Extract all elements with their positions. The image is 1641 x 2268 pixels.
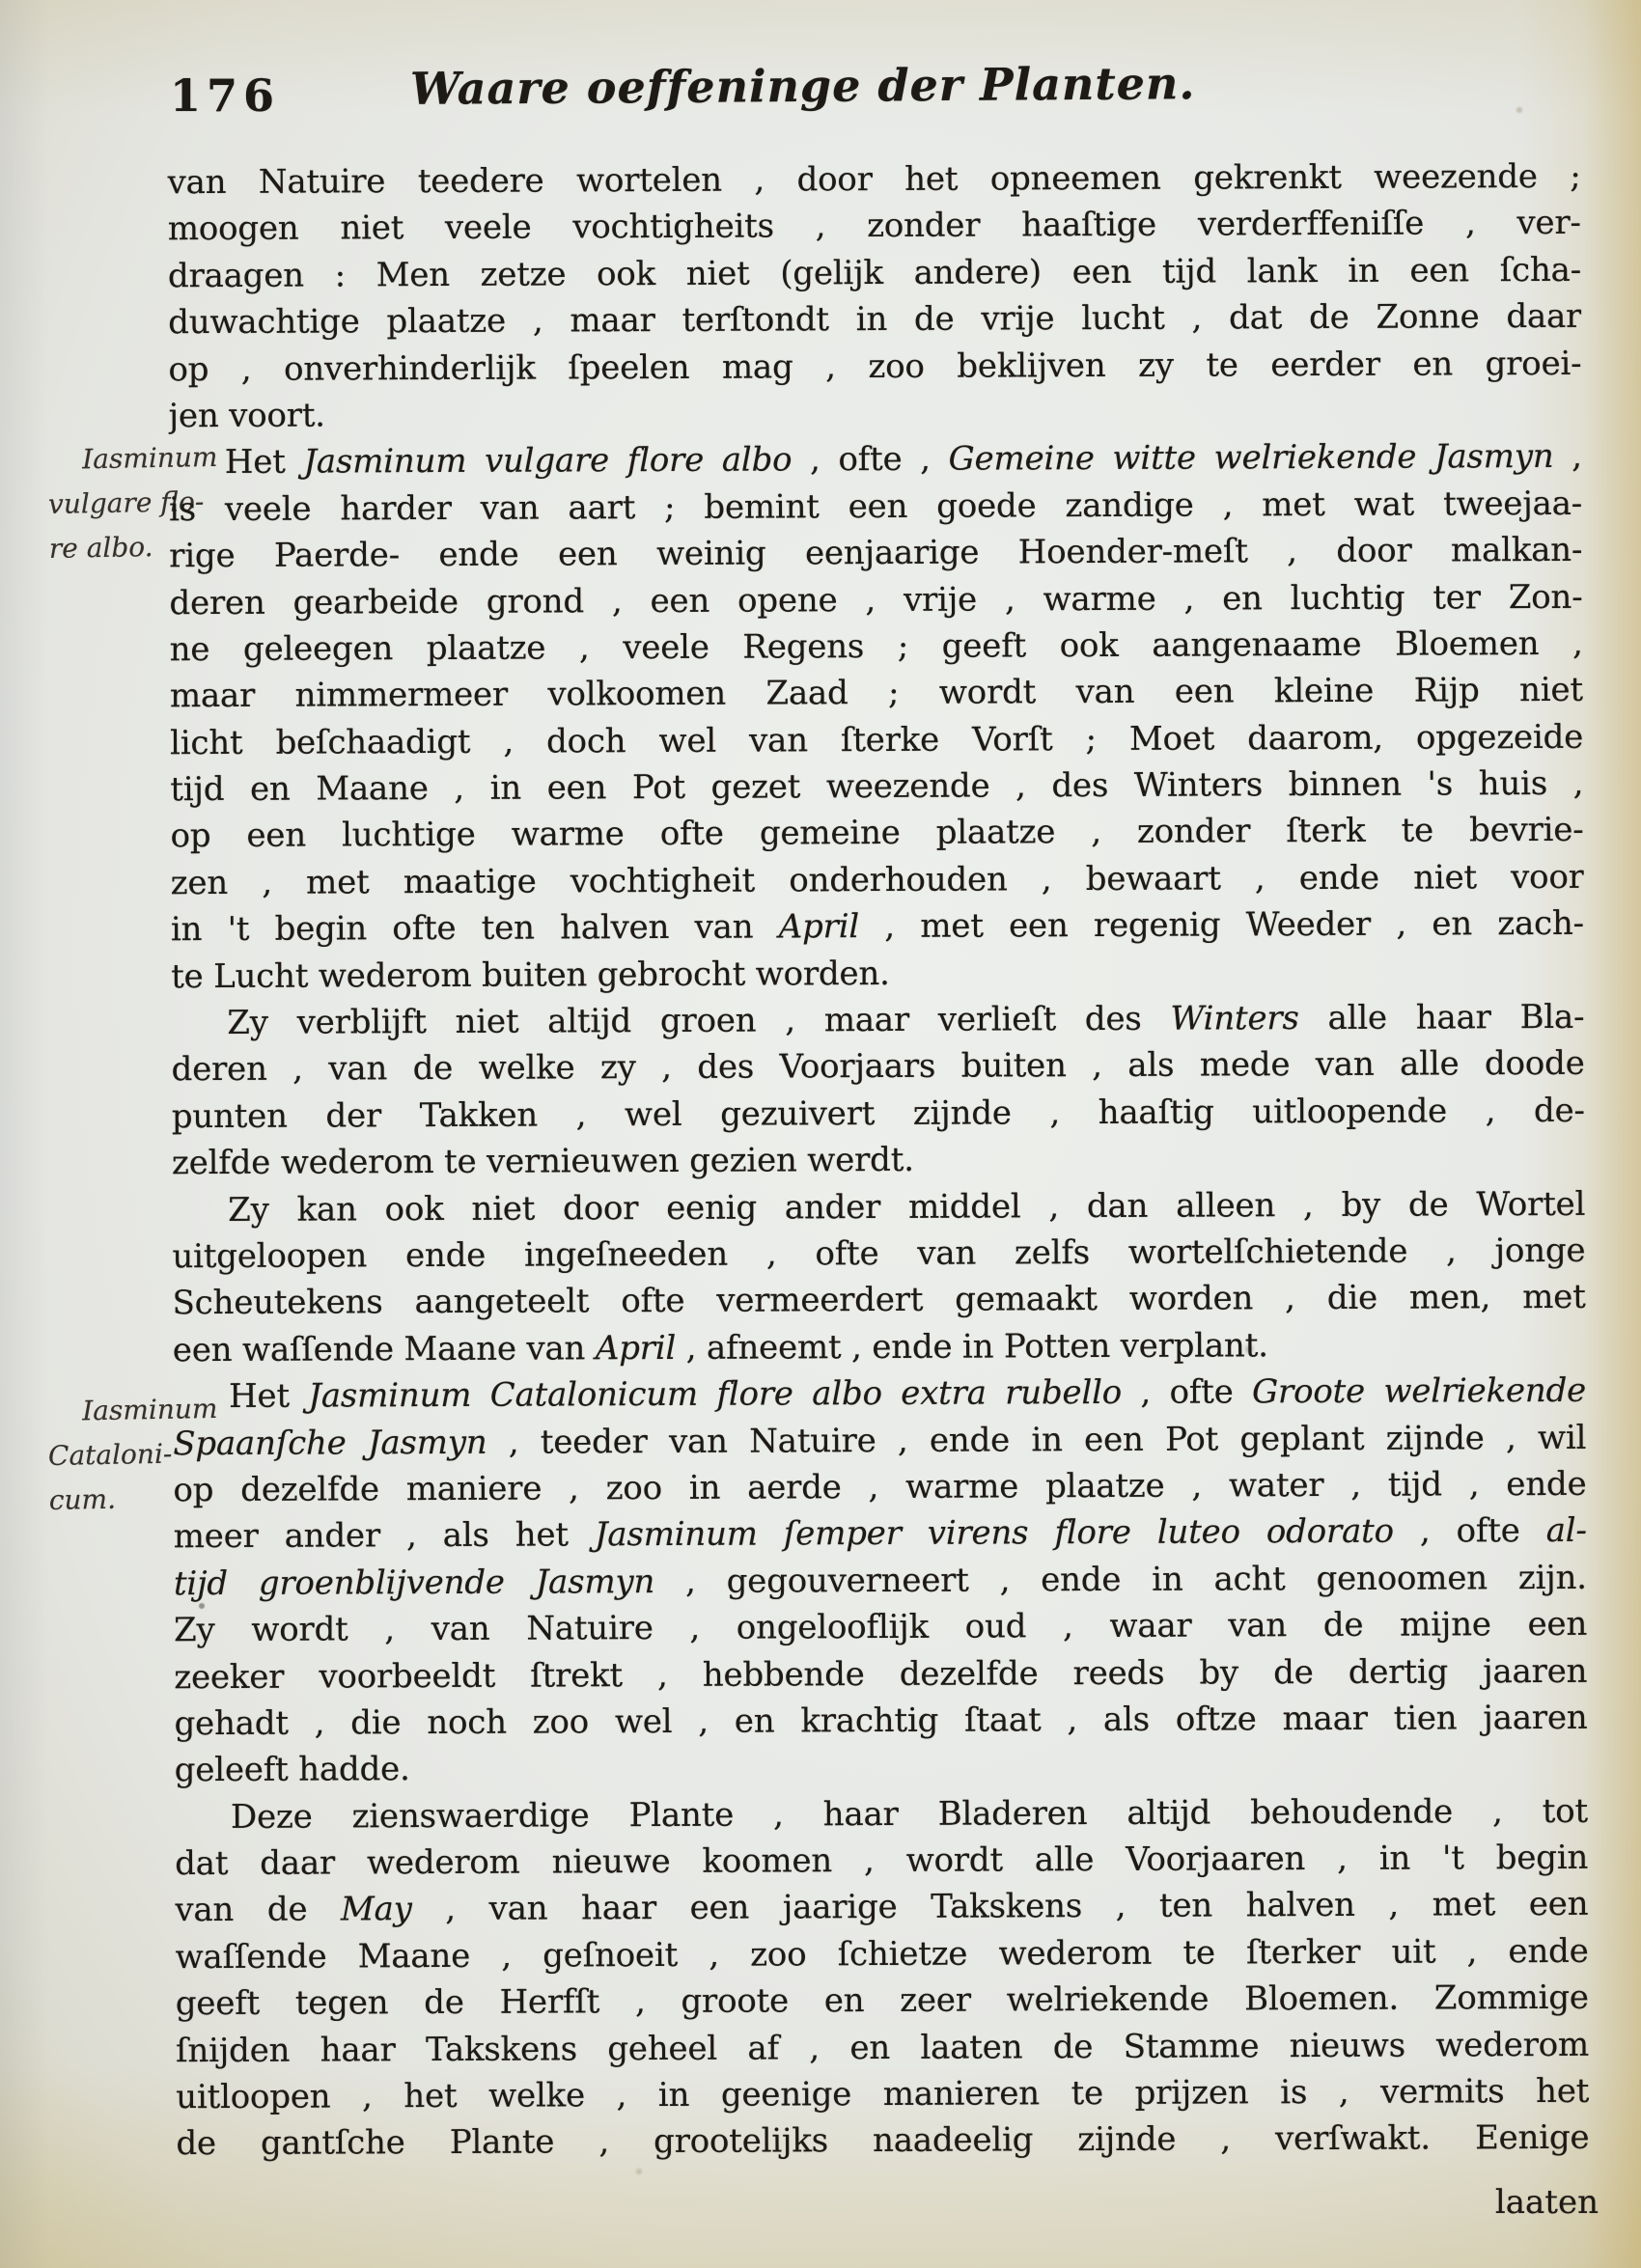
text-line: punten der Takken , wel gezuivert zijnde…	[172, 1088, 1585, 1141]
text-line: uitgeloopen ende ingeſneeden , ofte van …	[172, 1228, 1585, 1281]
text-line: meer ander , als het Jasminum ſemper vir…	[174, 1507, 1587, 1561]
text-line: zeeker voorbeeldt ſtrekt , hebbende deze…	[174, 1647, 1587, 1701]
paragraph: van Natuire teedere wortelen , door het …	[167, 153, 1581, 440]
text-line: moogen niet veele vochtigheits , zonder …	[168, 200, 1581, 253]
text-line: geeft tegen de Herfſt , groote en zeer w…	[176, 1975, 1589, 2028]
text-line: zen , met maatige vochtigheit onderhoude…	[171, 854, 1584, 907]
text-line: duwachtige plaatze , maar terſtondt in d…	[168, 293, 1581, 346]
text-line: deren gearbeide grond , een opene , vrij…	[169, 573, 1582, 626]
catchword: laaten	[172, 2183, 1599, 2222]
text-line: geleeft hadde.	[175, 1741, 1588, 1794]
text-line: gehadt , die noch zoo wel , en krachtig …	[174, 1695, 1587, 1748]
text-line: Deze zienswaerdige Plante , haar Bladere…	[175, 1787, 1588, 1840]
text-line: Het Jasminum Catalonicum flore albo extr…	[173, 1368, 1586, 1421]
text-line: is veele harder van aart ; bemint een go…	[169, 481, 1582, 534]
text-line: de gantſche Plante , grootelijks naadeel…	[176, 2115, 1589, 2168]
text-line: een waſſende Maane van April , afneemt ,…	[173, 1321, 1586, 1374]
paragraph: Zy verblijft niet altijd groen , maar ve…	[171, 994, 1585, 1187]
text-line: jen voort.	[169, 387, 1582, 440]
text-line: op een luchtige warme ofte gemeine plaat…	[170, 807, 1583, 860]
text-line: Zy kan ook niet door eenig ander middel …	[172, 1180, 1585, 1233]
text-line: Spaanſche Jasmyn , teeder van Natuire , …	[173, 1414, 1586, 1467]
paragraph: Zy kan ook niet door eenig ander middel …	[172, 1180, 1586, 1373]
paper-specks	[0, 0, 4, 4]
text-line: van Natuire teedere wortelen , door het …	[167, 153, 1580, 207]
text-line: licht beſchaadigt , doch wel van ſterke …	[170, 713, 1583, 766]
text-line: maar nimmermeer volkoomen Zaad ; wordt v…	[170, 667, 1583, 720]
paragraph: Het Jasminum Catalonicum flore albo extr…	[173, 1368, 1588, 1794]
text-line: ne geleegen plaatze , veele Regens ; gee…	[170, 621, 1583, 674]
text-line: Het Jasminum vulgare flore albo , ofte ,…	[169, 433, 1582, 486]
text-line: Zy wordt , van Natuire , ongelooflijk ou…	[174, 1601, 1587, 1654]
text-line: dat daar wederom nieuwe koomen , wordt a…	[175, 1835, 1588, 1888]
book-page: 176 Waare oeffeninge der Planten. Iasmin…	[0, 0, 1641, 2268]
text-line: deren , van de welke zy , des Voorjaars …	[171, 1040, 1584, 1093]
text-line: van de May , van haar een jaarige Takske…	[175, 1881, 1588, 1934]
text-line: uitloopen , het welke , in geenige manie…	[176, 2068, 1589, 2121]
text-line: draagen : Men zetze ook niet (gelijk and…	[168, 247, 1581, 300]
text-line: tijd en Maane , in een Pot gezet weezend…	[170, 761, 1583, 814]
running-title: Waare oeffeninge der Planten.	[410, 57, 1196, 115]
text-line: zelfde wederom te vernieuwen gezien werd…	[172, 1134, 1585, 1187]
text-line: in 't begin ofte ten halven van April , …	[171, 900, 1584, 954]
text-line: op , onverhinderlijk ſpeelen mag , zoo b…	[168, 340, 1581, 393]
text-line: ſnijden haar Takskens geheel af , en laa…	[176, 2021, 1589, 2074]
text-line: te Lucht wederom buiten gebrocht worden.	[171, 947, 1584, 1000]
body-text: van Natuire teedere wortelen , door het …	[167, 153, 1589, 2168]
text-line: waſſende Maane , geſnoeit , zoo ſchietze…	[175, 1928, 1588, 1981]
text-line: Scheutekens aangeteelt ofte vermeerdert …	[173, 1274, 1586, 1327]
page-number: 176	[170, 69, 280, 122]
paragraph: Deze zienswaerdige Plante , haar Bladere…	[175, 1787, 1590, 2168]
text-line: tijd groenblijvende Jasmyn , gegouvernee…	[174, 1555, 1587, 1608]
paragraph: Het Jasminum vulgare flore albo , ofte ,…	[169, 433, 1585, 1000]
text-line: op dezelfde maniere , zoo in aerde , war…	[173, 1461, 1586, 1514]
text-line: rige Paerde- ende een weinig eenjaarige …	[169, 527, 1582, 580]
text-line: Zy verblijft niet altijd groen , maar ve…	[171, 994, 1584, 1047]
